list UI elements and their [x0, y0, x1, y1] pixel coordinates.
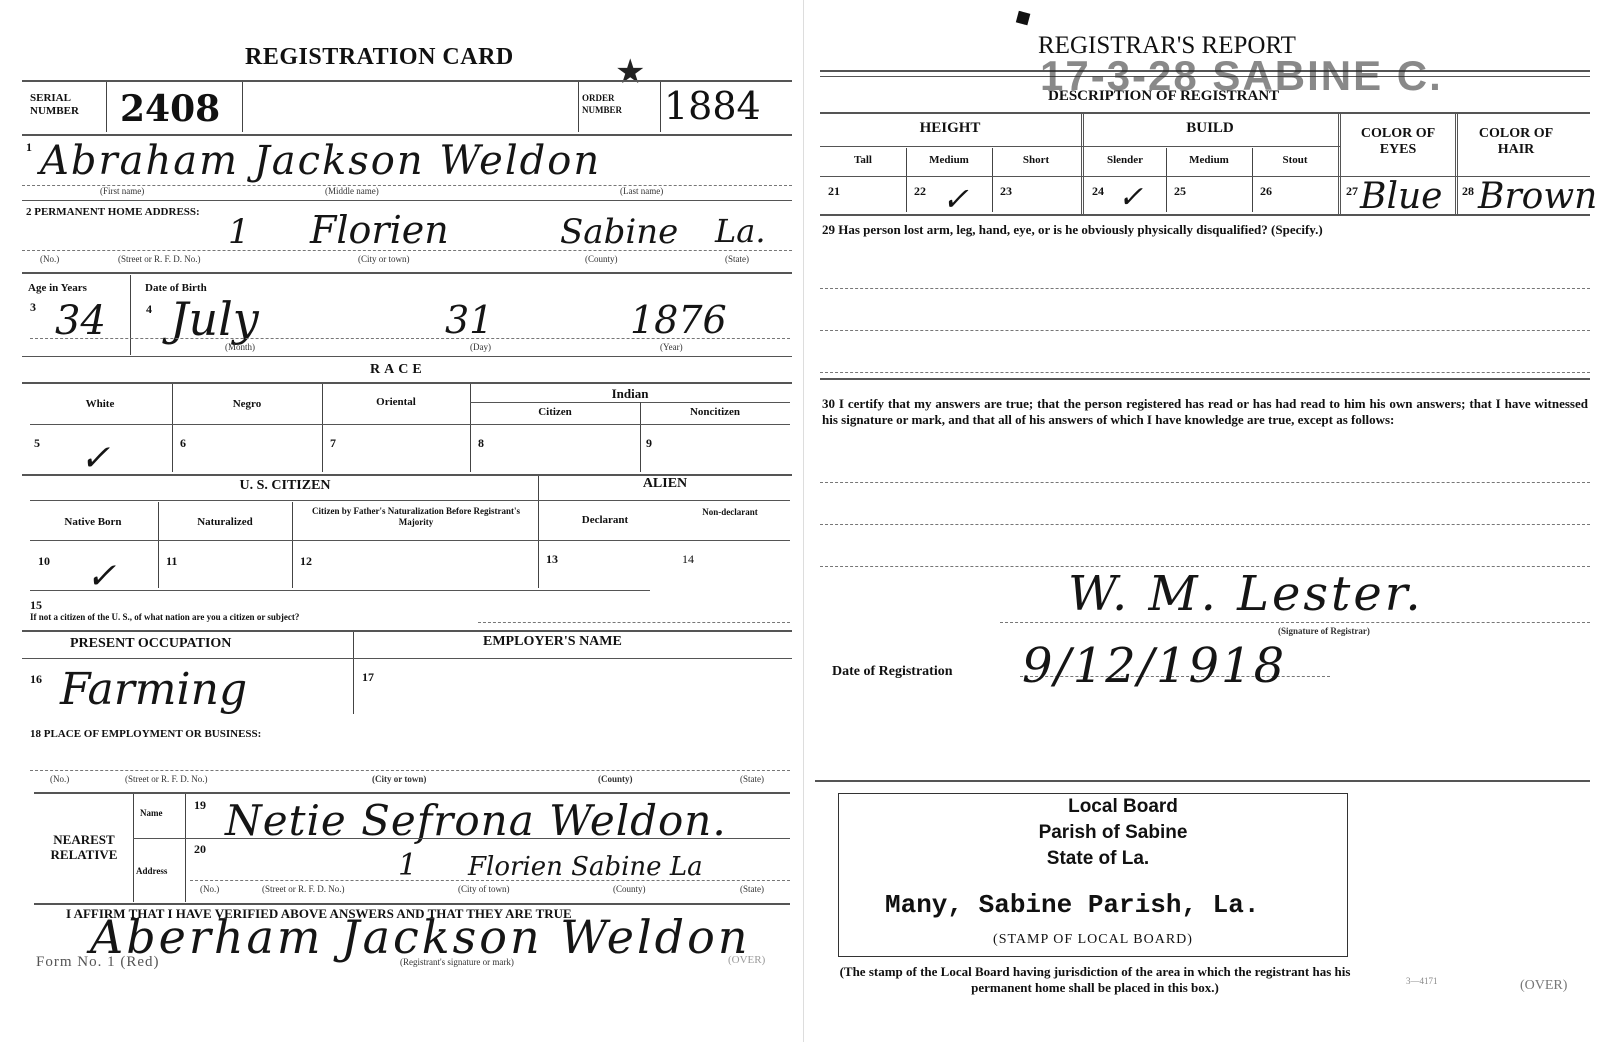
caption-state: (State)	[740, 884, 764, 894]
stamp-location: Many, Sabine Parish, La.	[885, 890, 1259, 920]
field-number: 27	[1346, 184, 1358, 199]
serial-number-label: SERIAL NUMBER	[30, 92, 100, 118]
field-number: 16	[30, 672, 42, 687]
stamp-instruction-note: (The stamp of the Local Board having jur…	[830, 964, 1360, 996]
ink-blot-icon: ◆	[1009, 2, 1037, 33]
caption-city: (City of town)	[458, 884, 510, 894]
stamp-parish: Parish of Sabine	[839, 820, 1347, 846]
alien-col-nondeclarant: Non-declarant	[680, 506, 780, 518]
caption-month: (Month)	[225, 342, 255, 352]
date-of-registration-value: 9/12/1918	[1022, 638, 1286, 694]
field-number: 17	[362, 670, 374, 685]
caption-year: (Year)	[660, 342, 683, 352]
hair-color-label: COLOR OF HAIR	[1460, 126, 1572, 158]
form-number-label: Form No. 1 (Red)	[36, 954, 160, 971]
field-number: 23	[1000, 184, 1012, 199]
caption-first-name: (First name)	[100, 186, 144, 196]
height-medium-checkmark: ✓	[942, 180, 969, 218]
field-number: 13	[546, 552, 558, 567]
height-title: HEIGHT	[820, 120, 1080, 137]
registrar-signature-caption: (Signature of Registrar)	[1278, 626, 1370, 636]
field-number: 12	[300, 554, 312, 569]
field29-question: 29 Has person lost arm, leg, hand, eye, …	[822, 222, 1592, 238]
height-col-medium: Medium	[906, 154, 992, 166]
race-col-oriental: Oriental	[322, 396, 470, 408]
build-title: BUILD	[1085, 120, 1335, 137]
field-number: 15	[30, 598, 42, 613]
field-number: 9	[646, 436, 652, 451]
local-board-stamp-box: Local Board Parish of Sabine State of La…	[838, 793, 1348, 957]
star-mark-icon: ★	[615, 52, 645, 92]
caption-no: (No.)	[40, 254, 59, 264]
serial-number-value: 2408	[120, 88, 220, 130]
field-number: 24	[1092, 184, 1104, 199]
stamp-caption: (STAMP OF LOCAL BOARD)	[839, 932, 1347, 948]
caption-street: (Street or R. F. D. No.)	[125, 774, 208, 784]
us-citizen-title: U. S. CITIZEN	[30, 478, 540, 494]
registrant-signature: Aberham Jackson Weldon	[90, 910, 750, 964]
card-fold-divider	[803, 0, 804, 1042]
eye-color-value: Blue	[1360, 176, 1442, 217]
caption-last-name: (Last name)	[620, 186, 663, 196]
race-col-indian-noncitizen: Noncitizen	[640, 406, 790, 418]
caption-county: (County)	[585, 254, 618, 264]
home-address-state: La.	[715, 212, 766, 250]
race-col-negro: Negro	[172, 398, 322, 410]
stamp-local-board: Local Board	[839, 794, 1347, 820]
citizen-col-native-born: Native Born	[30, 516, 156, 528]
relative-address-no: 1	[398, 848, 417, 883]
field-number: 28	[1462, 184, 1474, 199]
caption-street: (Street or R. F. D. No.)	[262, 884, 345, 894]
caption-street: (Street or R. F. D. No.)	[118, 254, 201, 264]
caption-city: (City or town)	[372, 774, 426, 784]
signature-caption: (Registrant's signature or mark)	[400, 957, 514, 967]
over-label: (OVER)	[1520, 978, 1567, 994]
field-number: 20	[194, 842, 206, 857]
age-label: Age in Years	[28, 282, 87, 294]
field-number: 5	[34, 436, 40, 451]
citizen-col-naturalized: Naturalized	[158, 516, 292, 528]
caption-county: (County)	[598, 774, 633, 784]
field-number: 1	[26, 140, 32, 155]
nearest-relative-label: NEAREST RELATIVE	[36, 832, 132, 862]
field-number: 8	[478, 436, 484, 451]
eye-color-label: COLOR OF EYES	[1342, 126, 1454, 158]
caption-state: (State)	[740, 774, 764, 784]
stamp-state: State of La.	[839, 846, 1347, 872]
field30-certification: 30 I certify that my answers are true; t…	[822, 396, 1588, 428]
over-label: (OVER)	[728, 954, 765, 966]
field-number: 22	[914, 184, 926, 199]
registrar-signature: W. M. Lester.	[1068, 566, 1424, 622]
relative-name-label: Name	[140, 808, 163, 818]
hair-color-value: Brown	[1478, 176, 1597, 217]
height-col-tall: Tall	[820, 154, 906, 166]
home-address-city: Florien	[310, 208, 449, 252]
dob-day: 31	[445, 298, 493, 342]
field-number: 21	[828, 184, 840, 199]
race-indian-label: Indian	[470, 386, 790, 402]
occupation-label: PRESENT OCCUPATION	[70, 636, 231, 652]
field-number: 14	[682, 552, 694, 567]
field-number: 7	[330, 436, 336, 451]
alien-col-declarant: Declarant	[540, 514, 670, 526]
field-number: 11	[166, 554, 177, 569]
build-col-medium: Medium	[1166, 154, 1252, 166]
order-number-value: 1884	[664, 84, 761, 128]
race-title: RACE	[370, 362, 426, 378]
stamp-text-block: Local Board Parish of Sabine State of La…	[839, 794, 1347, 872]
field-number: 10	[38, 554, 50, 569]
caption-middle-name: (Middle name)	[325, 186, 379, 196]
caption-no: (No.)	[200, 884, 219, 894]
place-of-employment-label: 18 PLACE OF EMPLOYMENT OR BUSINESS:	[30, 728, 261, 740]
caption-no: (No.)	[50, 774, 69, 784]
caption-city: (City or town)	[358, 254, 410, 264]
field-number: 4	[146, 302, 152, 317]
occupation-value: Farming	[60, 664, 247, 715]
home-address-no: 1	[228, 212, 250, 252]
field15-label: If not a citizen of the U. S., of what n…	[30, 612, 299, 622]
card-title: REGISTRATION CARD	[245, 44, 514, 71]
dob-year: 1876	[630, 298, 727, 342]
description-subtitle: DESCRIPTION OF REGISTRANT	[1048, 88, 1279, 105]
field-number: 6	[180, 436, 186, 451]
race-white-checkmark: ✓	[80, 438, 110, 479]
race-col-indian-citizen: Citizen	[470, 406, 640, 418]
field-number: 19	[194, 798, 206, 813]
caption-day: (Day)	[470, 342, 491, 352]
field-number: 26	[1260, 184, 1272, 199]
field-number: 3	[30, 300, 36, 315]
alien-title: ALIEN	[540, 476, 790, 492]
field-number: 25	[1174, 184, 1186, 199]
relative-address-label: Address	[136, 866, 167, 876]
form-code: 3—4171	[1406, 976, 1438, 986]
caption-county: (County)	[613, 884, 646, 894]
date-of-registration-label: Date of Registration	[832, 664, 953, 680]
registrant-name: Abraham Jackson Weldon	[40, 138, 601, 184]
build-col-stout: Stout	[1252, 154, 1338, 166]
relative-address-value: Florien Sabine La	[468, 852, 703, 882]
caption-state: (State)	[725, 254, 749, 264]
employer-label: EMPLOYER'S NAME	[483, 634, 622, 650]
home-address-label: 2 PERMANENT HOME ADDRESS:	[26, 206, 200, 218]
citizen-col-fathers-naturalization: Citizen by Father's Naturalization Befor…	[298, 506, 534, 528]
race-col-white: White	[30, 398, 170, 410]
build-slender-checkmark: ✓	[1118, 180, 1143, 215]
build-col-slender: Slender	[1085, 154, 1165, 166]
home-address-county: Sabine	[560, 212, 678, 252]
order-number-label: ORDER NUMBER	[582, 92, 652, 116]
height-col-short: Short	[992, 154, 1080, 166]
